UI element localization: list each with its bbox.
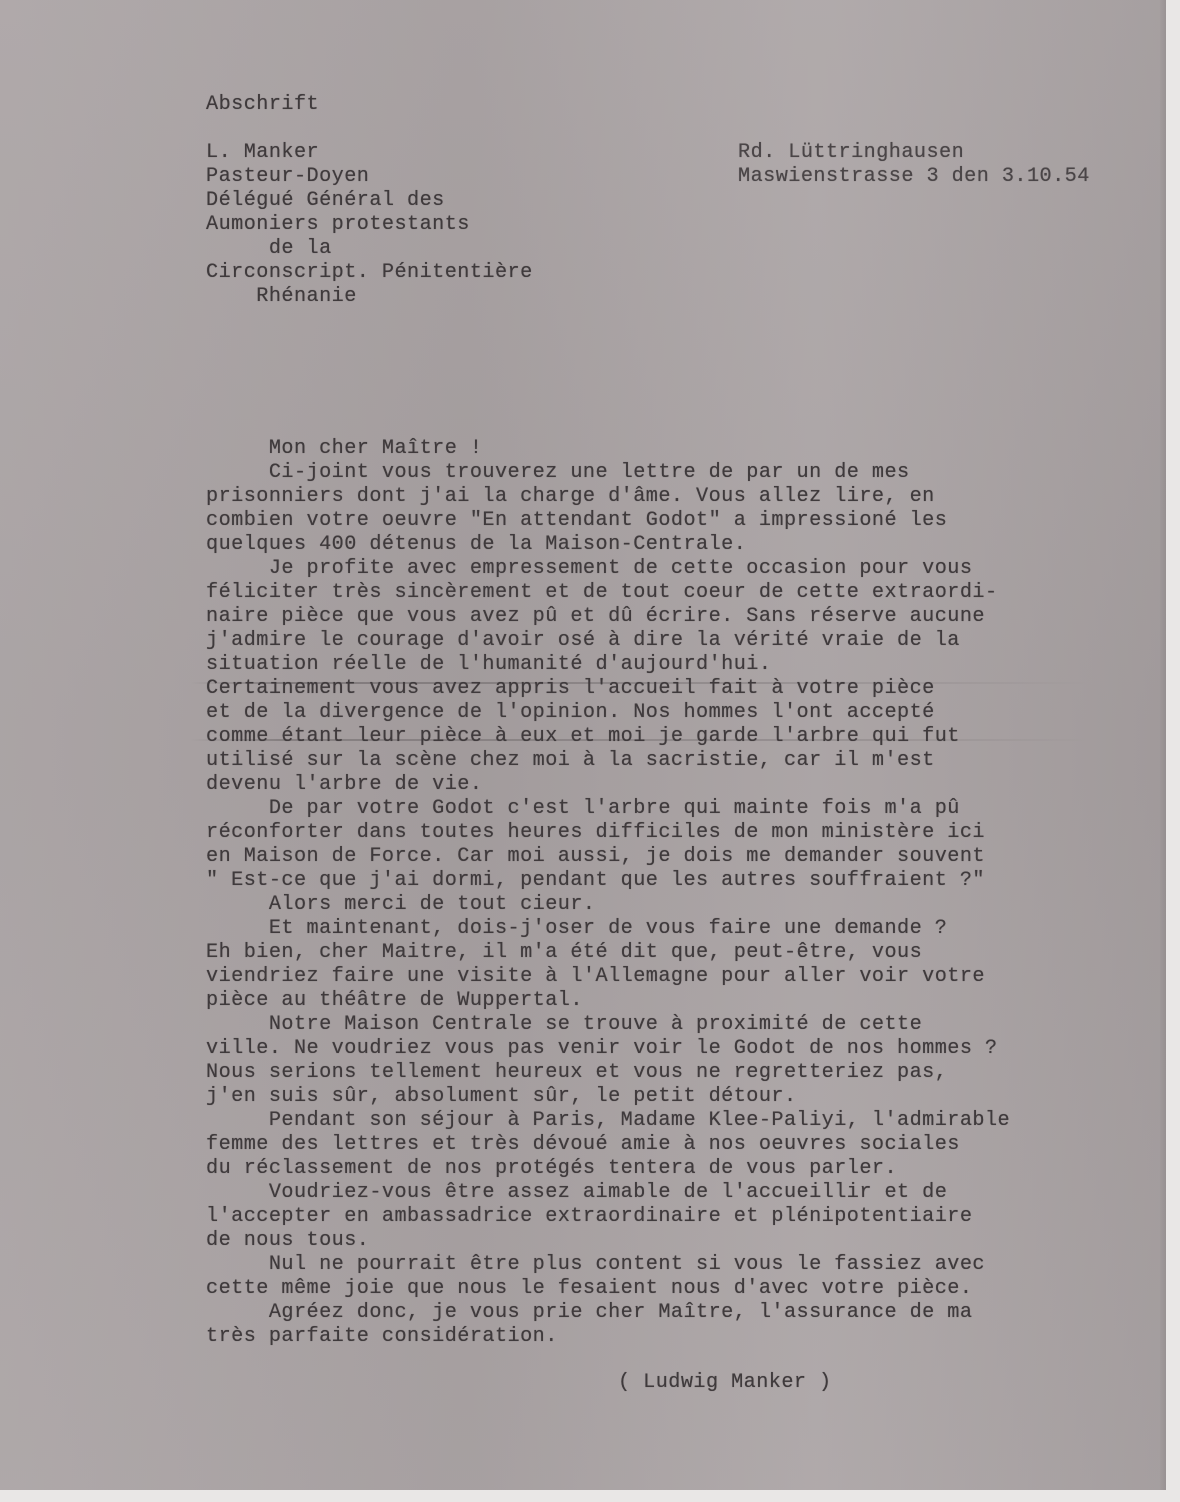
body-line: Ci-joint vous trouverez une lettre de pa…	[206, 461, 1010, 485]
body-line: Pendant son séjour à Paris, Madame Klee-…	[206, 1109, 1010, 1133]
body-line: Nous serions tellement heureux et vous n…	[206, 1061, 1010, 1085]
sender-line: L. Manker	[206, 141, 533, 165]
body-line: " Est-ce que j'ai dormi, pendant que les…	[206, 869, 1010, 893]
body-line: utilisé sur la scène chez moi à la sacri…	[206, 749, 1010, 773]
body-line: prisonniers dont j'ai la charge d'âme. V…	[206, 485, 1010, 509]
sender-line: Aumoniers protestants	[206, 213, 533, 237]
sender-line: Circonscript. Pénitentière	[206, 261, 533, 285]
page-edge	[1160, 0, 1166, 1490]
sender-line: de la	[206, 237, 533, 261]
address-line: Maswienstrasse 3 den 3.10.54	[738, 165, 1090, 189]
body-line: devenu l'arbre de vie.	[206, 773, 1010, 797]
address-date-block: Rd. LüttringhausenMaswienstrasse 3 den 3…	[738, 141, 1090, 189]
document-title: Abschrift	[206, 93, 319, 117]
body-line: et de la divergence de l'opinion. Nos ho…	[206, 701, 1010, 725]
body-line: Alors merci de tout cieur.	[206, 893, 1010, 917]
sender-line: Pasteur-Doyen	[206, 165, 533, 189]
body-line: réconforter dans toutes heures difficile…	[206, 821, 1010, 845]
body-line: Notre Maison Centrale se trouve à proxim…	[206, 1013, 1010, 1037]
body-line: du réclassement de nos protégés tentera …	[206, 1157, 1010, 1181]
body-line: de nous tous.	[206, 1229, 1010, 1253]
body-line: situation réelle de l'humanité d'aujourd…	[206, 653, 1010, 677]
body-line: comme étant leur pièce à eux et moi je g…	[206, 725, 1010, 749]
body-line: l'accepter en ambassadrice extraordinair…	[206, 1205, 1010, 1229]
sender-block: L. MankerPasteur-DoyenDélégué Général de…	[206, 141, 533, 309]
body-line: j'admire le courage d'avoir osé à dire l…	[206, 629, 1010, 653]
body-line: Nul ne pourrait être plus content si vou…	[206, 1253, 1010, 1277]
typewritten-letter-page: Abschrift L. MankerPasteur-DoyenDélégué …	[0, 0, 1166, 1490]
body-line: combien votre oeuvre "En attendant Godot…	[206, 509, 1010, 533]
body-line: quelques 400 détenus de la Maison-Centra…	[206, 533, 1010, 557]
letter-body: Mon cher Maître ! Ci-joint vous trouvere…	[206, 437, 1010, 1349]
body-line: viendriez faire une visite à l'Allemagne…	[206, 965, 1010, 989]
body-line: en Maison de Force. Car moi aussi, je do…	[206, 845, 1010, 869]
body-line: pièce au théâtre de Wuppertal.	[206, 989, 1010, 1013]
address-line: Rd. Lüttringhausen	[738, 141, 1090, 165]
body-line: Agréez donc, je vous prie cher Maître, l…	[206, 1301, 1010, 1325]
body-line: naire pièce que vous avez pû et dû écrir…	[206, 605, 1010, 629]
body-line: De par votre Godot c'est l'arbre qui mai…	[206, 797, 1010, 821]
body-line: féliciter très sincèrement et de tout co…	[206, 581, 1010, 605]
body-line: cette même joie que nous le fesaient nou…	[206, 1277, 1010, 1301]
body-line: Mon cher Maître !	[206, 437, 1010, 461]
body-line: ville. Ne voudriez vous pas venir voir l…	[206, 1037, 1010, 1061]
body-line: très parfaite considération.	[206, 1325, 1010, 1349]
body-line: Eh bien, cher Maitre, il m'a été dit que…	[206, 941, 1010, 965]
body-line: femme des lettres et très dévoué amie à …	[206, 1133, 1010, 1157]
body-line: Certainement vous avez appris l'accueil …	[206, 677, 1010, 701]
body-line: j'en suis sûr, absolument sûr, le petit …	[206, 1085, 1010, 1109]
signature: ( Ludwig Manker )	[618, 1371, 832, 1395]
sender-line: Délégué Général des	[206, 189, 533, 213]
body-line: Je profite avec empressement de cette oc…	[206, 557, 1010, 581]
sender-line: Rhénanie	[206, 285, 533, 309]
body-line: Et maintenant, dois-j'oser de vous faire…	[206, 917, 1010, 941]
body-line: Voudriez-vous être assez aimable de l'ac…	[206, 1181, 1010, 1205]
